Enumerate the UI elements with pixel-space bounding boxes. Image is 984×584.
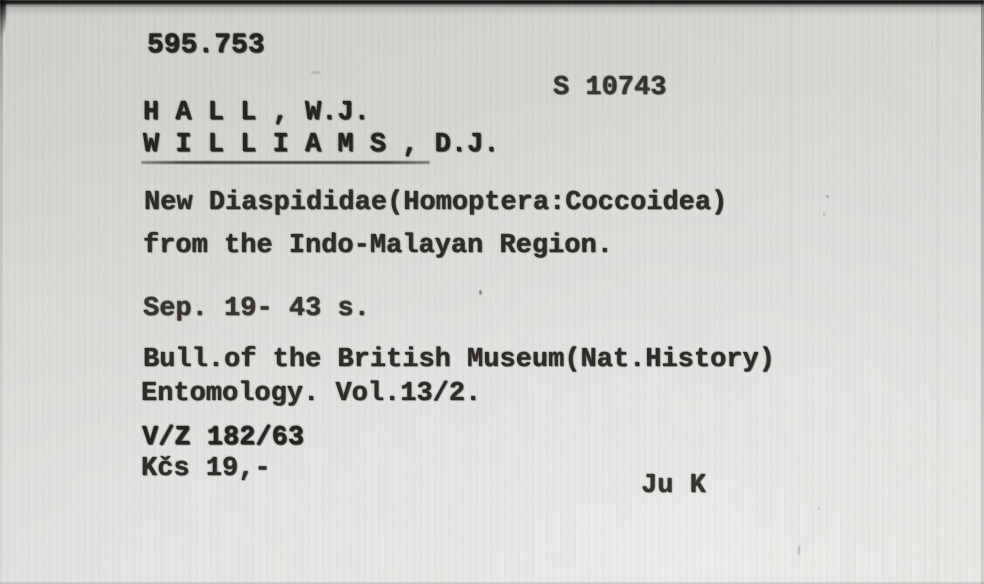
author-line-1: H A L L , W.J. [143, 100, 370, 127]
ink-speck [479, 290, 482, 295]
ink-speck [206, 160, 210, 163]
ink-speck [817, 507, 820, 510]
classification-number: 595.753 [147, 32, 265, 60]
price-line: Kčs 19,- [141, 456, 271, 483]
ink-speck [823, 213, 825, 216]
scan-artifact-left-edge [0, 0, 3, 584]
source-line-2: Entomology. Vol.13/2. [141, 381, 481, 408]
scan-artifact-fold-line [936, 0, 938, 584]
scan-artifact-fold-line [789, 0, 791, 300]
catalog-card: 595.753 S 10743 H A L L , W.J. W I L L I… [0, 0, 984, 584]
shelf-mark: S 10743 [553, 75, 666, 102]
author-underline [141, 161, 430, 164]
title-line-2: from the Indo-Malayan Region. [143, 233, 613, 260]
paper-grain-texture [0, 0, 984, 584]
source-line-1: Bull.of the British Museum(Nat.History) [143, 347, 775, 374]
scan-artifact-top-shadow [0, 6, 984, 16]
record-number: V/Z 182/63 [142, 425, 304, 452]
title-line-1: New Diaspididae(Homoptera:Coccoidea) [144, 190, 727, 217]
ink-speck [798, 546, 800, 555]
ink-speck [311, 71, 320, 74]
paper-striations [0, 0, 984, 584]
ink-speck [826, 195, 829, 198]
cataloguer-initials: Ju K [641, 473, 706, 500]
pagination-line: Sep. 19- 43 s. [143, 296, 370, 323]
author-line-2: W I L L I A M S , D.J. [143, 132, 499, 159]
